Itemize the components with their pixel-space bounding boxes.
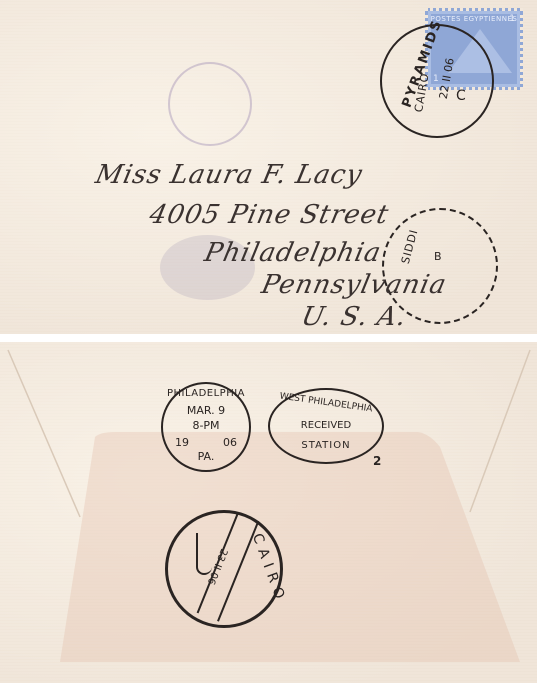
envelope-back: PHILADELPHIA MAR. 9 8-PM 19 06 PA. WEST … bbox=[0, 342, 537, 683]
received-bottom-text: STATION bbox=[270, 440, 382, 451]
address-line-name: Miss Laura F. Lacy bbox=[93, 160, 366, 190]
pyramids-postmark: PYRAMIDS CAIRO 22 II 06 C bbox=[380, 24, 494, 138]
stamp-value-top: 1 bbox=[509, 14, 515, 24]
faint-ghost-postmark bbox=[168, 62, 252, 146]
philly-year-right: 06 bbox=[223, 436, 237, 449]
received-postmark: WEST PHILADELPHIA RECEIVED STATION bbox=[268, 388, 384, 464]
cairo-postmark: 23 II 06 CAIRO bbox=[165, 510, 283, 628]
philly-ring-text: PHILADELPHIA bbox=[163, 388, 249, 399]
address-line-street: 4005 Pine Street bbox=[147, 200, 392, 230]
received-middle-text: RECEIVED bbox=[270, 420, 382, 431]
postmark-code: C bbox=[456, 88, 466, 104]
pointing-hand-icon bbox=[196, 533, 212, 575]
envelope-flap-lines bbox=[0, 342, 537, 683]
postmark-date: 22 II 06 bbox=[437, 57, 457, 100]
transit-letter: B bbox=[434, 250, 442, 263]
philly-date: MAR. 9 bbox=[163, 404, 249, 417]
address-line-city: Philadelphia bbox=[202, 238, 384, 268]
philly-year-left: 19 bbox=[175, 436, 189, 449]
philly-state: PA. bbox=[163, 450, 249, 463]
address-line-country: U. S. A. bbox=[299, 302, 410, 332]
philadelphia-postmark: PHILADELPHIA MAR. 9 8-PM 19 06 PA. bbox=[161, 382, 251, 472]
transit-ring-text: SIDDI bbox=[399, 228, 421, 266]
philly-time: 8-PM bbox=[163, 419, 249, 432]
received-station-number: 2 bbox=[373, 454, 381, 468]
address-line-state: Pennsylvania bbox=[259, 270, 450, 300]
envelope-front: POSTES EGYPTIENNES 1 1 PYRAMIDS CAIRO 22… bbox=[0, 0, 537, 334]
